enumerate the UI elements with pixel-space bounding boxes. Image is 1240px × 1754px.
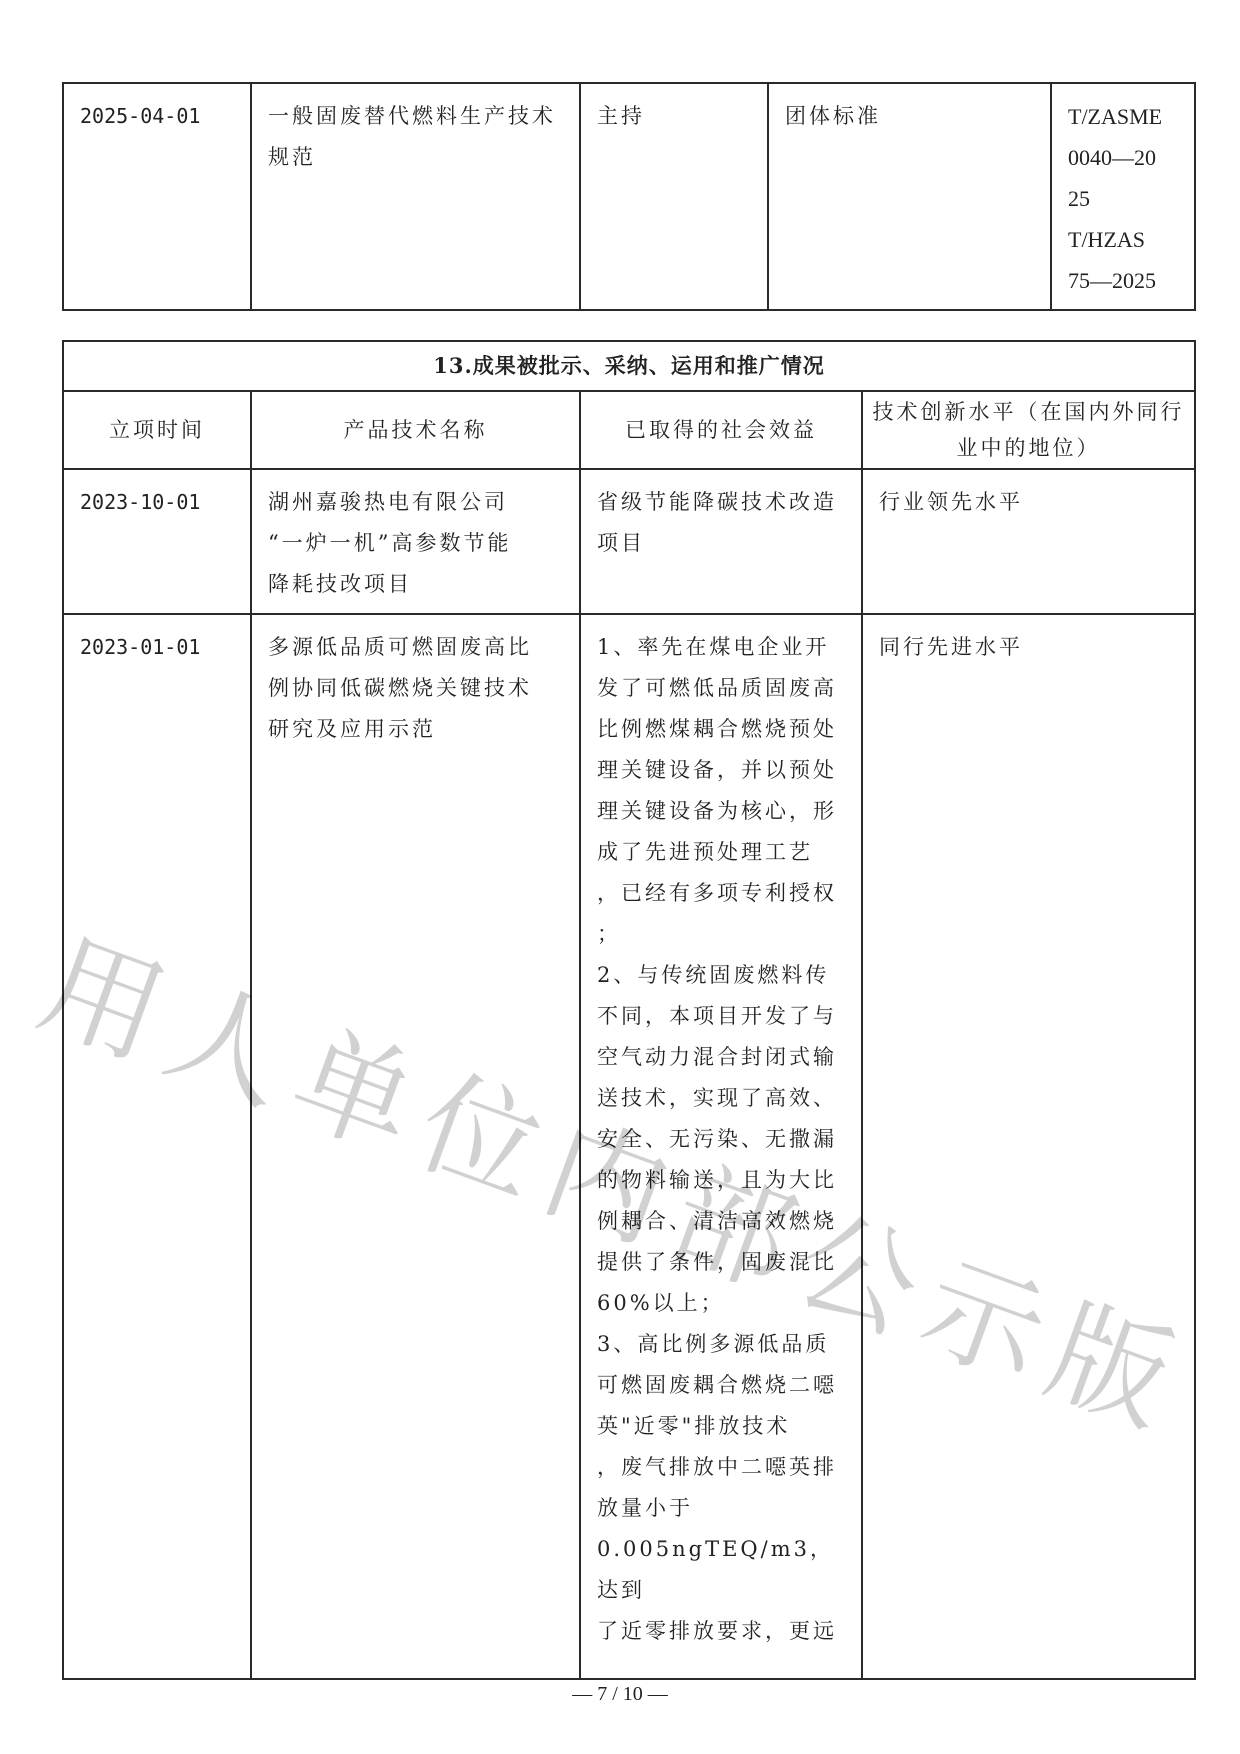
standard-type-cell: 团体标准 — [768, 83, 1051, 310]
innovation-level-cell: 行业领先水平 — [862, 469, 1195, 614]
role-cell: 主持 — [580, 83, 768, 310]
column-header-benefit: 已取得的社会效益 — [580, 391, 862, 469]
column-header-product: 产品技术名称 — [251, 391, 580, 469]
column-header-date: 立项时间 — [63, 391, 251, 469]
product-name-cell: 湖州嘉骏热电有限公司 “一炉一机”高参数节能 降耗技改项目 — [251, 469, 580, 614]
header-row: 立项时间 产品技术名称 已取得的社会效益 技术创新水平（在国内外同行业中的地位） — [63, 391, 1195, 469]
product-name-cell: 多源低品质可燃固废高比 例协同低碳燃烧关键技术 研究及应用示范 — [251, 614, 580, 1679]
benefit-cell: 1、率先在煤电企业开 发了可燃低品质固废高 比例燃煤耦合燃烧预处 理关键设备，并… — [580, 614, 862, 1679]
date-cell: 2025-04-01 — [63, 83, 251, 310]
column-header-innovation: 技术创新水平（在国内外同行业中的地位） — [862, 391, 1195, 469]
page-number: — 7 / 10 — — [0, 1683, 1240, 1706]
table-row: 2025-04-01 一般固废替代燃料生产技术规范 主持 团体标准 T/ZASM… — [63, 83, 1195, 310]
standard-code-cell: T/ZASME 0040—20 25 T/HZAS 75—2025 — [1051, 83, 1195, 310]
section-title: 13.成果被批示、采纳、运用和推广情况 — [63, 341, 1195, 391]
standards-table: 2025-04-01 一般固废替代燃料生产技术规范 主持 团体标准 T/ZASM… — [62, 82, 1196, 311]
benefit-cell: 省级节能降碳技术改造 项目 — [580, 469, 862, 614]
date-cell: 2023-10-01 — [63, 469, 251, 614]
table-row: 2023-01-01 多源低品质可燃固废高比 例协同低碳燃烧关键技术 研究及应用… — [63, 614, 1195, 1679]
table-row: 2023-10-01 湖州嘉骏热电有限公司 “一炉一机”高参数节能 降耗技改项目… — [63, 469, 1195, 614]
standard-name-cell: 一般固废替代燃料生产技术规范 — [251, 83, 580, 310]
innovation-level-cell: 同行先进水平 — [862, 614, 1195, 1679]
section-13-table: 13.成果被批示、采纳、运用和推广情况 立项时间 产品技术名称 已取得的社会效益… — [62, 340, 1196, 1680]
date-cell: 2023-01-01 — [63, 614, 251, 1679]
